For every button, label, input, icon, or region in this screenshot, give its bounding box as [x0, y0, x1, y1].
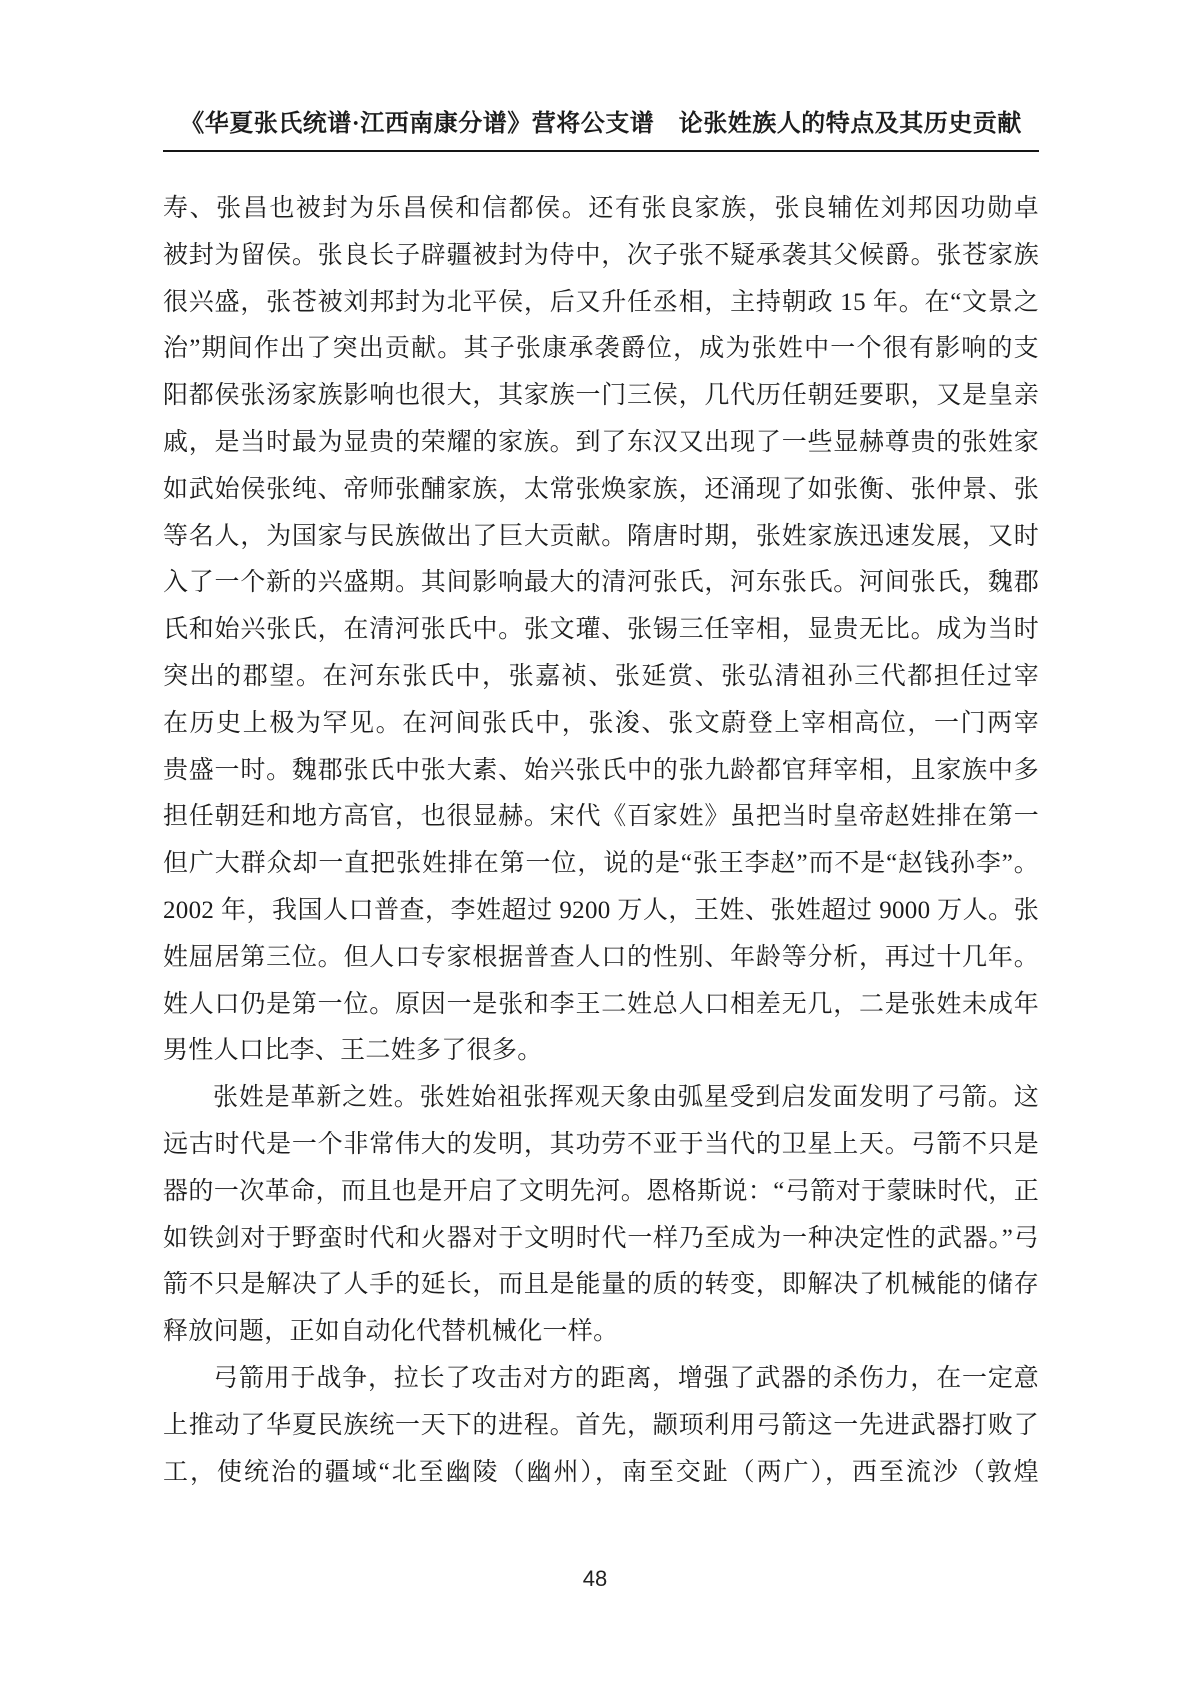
- text-line: 治”期间作出了突出贡献。其子张康承袭爵位，成为张姓中一个很有影响的支派。: [163, 326, 1039, 373]
- text-line: 箭不只是解决了人手的延长，而且是能量的质的转变，即解决了机械能的储存和: [163, 1262, 1039, 1309]
- text-line: 入了一个新的兴盛期。其间影响最大的清河张氏，河东张氏。河间张氏，魏郡张: [163, 560, 1039, 607]
- text-line: 但广大群众却一直把张姓排在第一位，说的是“张王李赵”而不是“赵钱孙李”。: [163, 841, 1039, 888]
- document-body: 寿、张昌也被封为乐昌侯和信都侯。还有张良家族，张良辅佐刘邦因功勋卓著，被封为留侯…: [163, 186, 1039, 1496]
- text-line: 寿、张昌也被封为乐昌侯和信都侯。还有张良家族，张良辅佐刘邦因功勋卓著，: [163, 186, 1039, 233]
- paragraph: 张姓是革新之姓。张姓始祖张挥观天象由弧星受到启发面发明了弓箭。这在远古时代是一个…: [163, 1075, 1039, 1356]
- text-line: 很兴盛，张苍被刘邦封为北平侯，后又升任丞相，主持朝政 15 年。在“文景之: [163, 280, 1039, 327]
- page-header: 《华夏张氏统谱·江西南康分谱》营将公支谱 论张姓族人的特点及其历史贡献: [163, 104, 1039, 152]
- text-line: 被封为留侯。张良长子辟疆被封为侍中，次子张不疑承袭其父候爵。张苍家族也: [163, 233, 1039, 280]
- text-line: 弓箭用于战争，拉长了攻击对方的距离，增强了武器的杀伤力，在一定意义: [163, 1356, 1039, 1403]
- text-line: 戚，是当时最为显贵的荣耀的家族。到了东汉又出现了一些显赫尊贵的张姓家族。: [163, 420, 1039, 467]
- text-line: 贵盛一时。魏郡张氏中张大素、始兴张氏中的张九龄都官拜宰相，且家族中多人: [163, 748, 1039, 795]
- text-line: 2002 年，我国人口普查，李姓超过 9200 万人，王姓、张姓超过 9000 …: [163, 888, 1039, 935]
- text-line: 释放问题，正如自动化代替机械化一样。: [163, 1309, 1039, 1356]
- text-line: 突出的郡望。在河东张氏中，张嘉祯、张延赏、张弘清祖孙三代都担任过宰相，: [163, 654, 1039, 701]
- text-line: 在历史上极为罕见。在河间张氏中，张浚、张文蔚登上宰相高位，一门两宰相，: [163, 701, 1039, 748]
- text-line: 张姓是革新之姓。张姓始祖张挥观天象由弧星受到启发面发明了弓箭。这在: [163, 1075, 1039, 1122]
- document-page: 《华夏张氏统谱·江西南康分谱》营将公支谱 论张姓族人的特点及其历史贡献 寿、张昌…: [0, 0, 1190, 1683]
- text-line: 如武始侯张纯、帝师张酺家族，太常张焕家族，还涌现了如张衡、张仲景、张骞: [163, 467, 1039, 514]
- text-line: 如铁剑对于野蛮时代和火器对于文明时代一样乃至成为一种决定性的武器。”弓: [163, 1216, 1039, 1263]
- page-number: 48: [0, 1566, 1190, 1592]
- text-line: 上推动了华夏民族统一天下的进程。首先，颛顼利用弓箭这一先进武器打败了共: [163, 1403, 1039, 1450]
- text-line: 工，使统治的疆域“北至幽陵（幽州），南至交趾（两广），西至流沙（敦煌西），: [163, 1450, 1039, 1497]
- text-line: 器的一次革命，而且也是开启了文明先河。恩格斯说：“弓箭对于蒙昧时代，正: [163, 1169, 1039, 1216]
- header-underline: [163, 150, 1039, 152]
- text-line: 姓人口仍是第一位。原因一是张和李王二姓总人口相差无几，二是张姓未成年的: [163, 982, 1039, 1029]
- header-title: 《华夏张氏统谱·江西南康分谱》营将公支谱 论张姓族人的特点及其历史贡献: [163, 104, 1039, 144]
- text-line: 担任朝廷和地方高官，也很显赫。宋代《百家姓》虽把当时皇帝赵姓排在第一位，: [163, 794, 1039, 841]
- text-line: 等名人，为国家与民族做出了巨大贡献。隋唐时期，张姓家族迅速发展，又时进: [163, 514, 1039, 561]
- text-line: 阳都侯张汤家族影响也很大，其家族一门三侯，几代历任朝廷要职，又是皇亲国: [163, 373, 1039, 420]
- text-line: 远古时代是一个非常伟大的发明，其功劳不亚于当代的卫星上天。弓箭不只是兵: [163, 1122, 1039, 1169]
- text-line: 姓屈居第三位。但人口专家根据普查人口的性别、年龄等分析，再过十几年。张: [163, 935, 1039, 982]
- text-line: 男性人口比李、王二姓多了很多。: [163, 1028, 1039, 1075]
- text-line: 氏和始兴张氏，在清河张氏中。张文瓘、张锡三任宰相，显贵无比。成为当时最: [163, 607, 1039, 654]
- paragraph: 寿、张昌也被封为乐昌侯和信都侯。还有张良家族，张良辅佐刘邦因功勋卓著，被封为留侯…: [163, 186, 1039, 1075]
- paragraph: 弓箭用于战争，拉长了攻击对方的距离，增强了武器的杀伤力，在一定意义上推动了华夏民…: [163, 1356, 1039, 1496]
